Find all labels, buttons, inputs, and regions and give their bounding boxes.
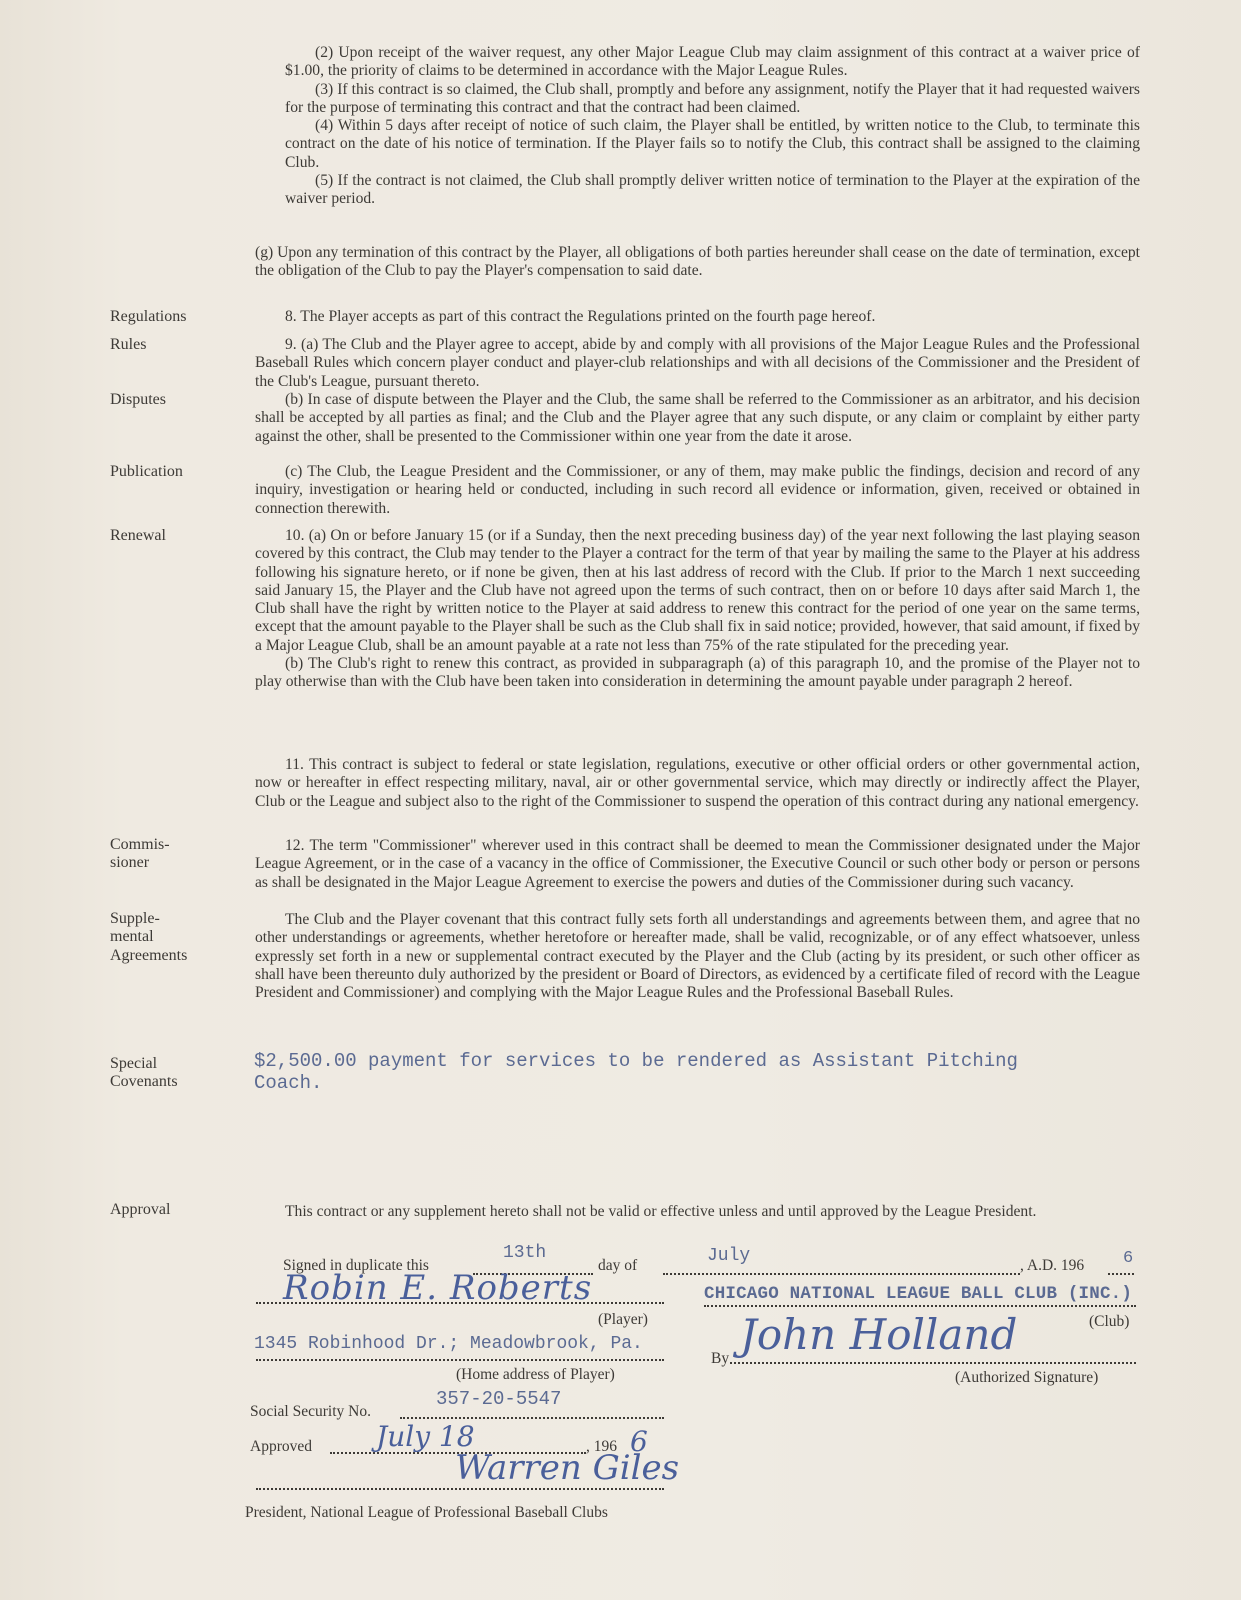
clause-9a: 9. (a) The Club and the Player agree to … xyxy=(255,336,1140,391)
club-name: CHICAGO NATIONAL LEAGUE BALL CLUB (INC.) xyxy=(704,1284,1132,1304)
waiver-clause-3: (3) If this contract is so claimed, the … xyxy=(285,81,1140,118)
clause-8: 8. The Player accepts as part of this co… xyxy=(255,308,1140,326)
club-caption: (Club) xyxy=(1089,1313,1129,1331)
by-label: By xyxy=(711,1350,729,1368)
year-field xyxy=(1108,1273,1134,1275)
waiver-clauses: (2) Upon receipt of the waiver request, … xyxy=(285,44,1140,209)
label-regulations: Regulations xyxy=(110,308,240,326)
president-caption: President, National League of Profession… xyxy=(245,1504,608,1522)
president-signature-line xyxy=(256,1488,664,1490)
player-address: 1345 Robinhood Dr.; Meadowbrook, Pa. xyxy=(254,1334,643,1354)
label-special-covenants: Special Covenants xyxy=(110,1055,240,1092)
label-approval: Approval xyxy=(110,1201,240,1219)
address-line xyxy=(256,1359,664,1361)
clause-10: 10. (a) On or before January 15 (or if a… xyxy=(255,527,1140,692)
label-publication: Publication xyxy=(110,463,240,481)
ssn-label: Social Security No. xyxy=(250,1403,371,1421)
approved-label: Approved xyxy=(250,1438,312,1456)
label-supplemental-agreements: Supple- mental Agreements xyxy=(110,910,240,965)
player-caption: (Player) xyxy=(598,1311,648,1329)
ssn-value: 357-20-5547 xyxy=(436,1388,561,1410)
label-disputes: Disputes xyxy=(110,391,240,409)
address-caption: (Home address of Player) xyxy=(456,1366,615,1384)
waiver-clause-4: (4) Within 5 days after receipt of notic… xyxy=(285,117,1140,172)
day-value: 13th xyxy=(503,1243,546,1263)
waiver-clause-2: (2) Upon receipt of the waiver request, … xyxy=(285,44,1140,81)
player-signature-line xyxy=(256,1302,664,1304)
ssn-line xyxy=(400,1417,664,1419)
club-name-line xyxy=(704,1305,1136,1307)
waiver-clause-5: (5) If the contract is not claimed, the … xyxy=(285,172,1140,209)
label-commissioner: Commis- sioner xyxy=(110,836,240,873)
special-covenants-text: $2,500.00 payment for services to be ren… xyxy=(254,1050,1074,1094)
clause-11: 11. This contract is subject to federal … xyxy=(255,756,1140,811)
month-value: July xyxy=(707,1246,750,1266)
day-of-label: day of xyxy=(598,1257,637,1275)
contract-page: (2) Upon receipt of the waiver request, … xyxy=(0,0,1241,1600)
month-field xyxy=(663,1273,1020,1275)
authorized-signature-caption: (Authorized Signature) xyxy=(955,1369,1098,1387)
authorized-signature-line xyxy=(730,1362,1136,1364)
clause-10b: (b) The Club's right to renew this contr… xyxy=(255,655,1140,692)
clause-supplemental: The Club and the Player covenant that th… xyxy=(255,911,1140,1002)
year-value: 6 xyxy=(1123,1249,1133,1268)
clause-9b: (b) In case of dispute between the Playe… xyxy=(255,391,1140,446)
label-rules: Rules xyxy=(110,336,240,354)
ad-label: , A.D. 196 xyxy=(1020,1257,1084,1275)
label-renewal: Renewal xyxy=(110,527,240,545)
clause-approval: This contract or any supplement hereto s… xyxy=(255,1203,1140,1221)
clause-10a: 10. (a) On or before January 15 (or if a… xyxy=(255,527,1140,655)
clause-g: (g) Upon any termination of this contrac… xyxy=(255,244,1140,281)
club-authorized-signature: John Holland xyxy=(740,1310,1017,1359)
clause-12: 12. The term "Commissioner" wherever use… xyxy=(255,837,1140,892)
clause-9c: (c) The Club, the League President and t… xyxy=(255,463,1140,518)
president-signature: Warren Giles xyxy=(455,1448,679,1488)
